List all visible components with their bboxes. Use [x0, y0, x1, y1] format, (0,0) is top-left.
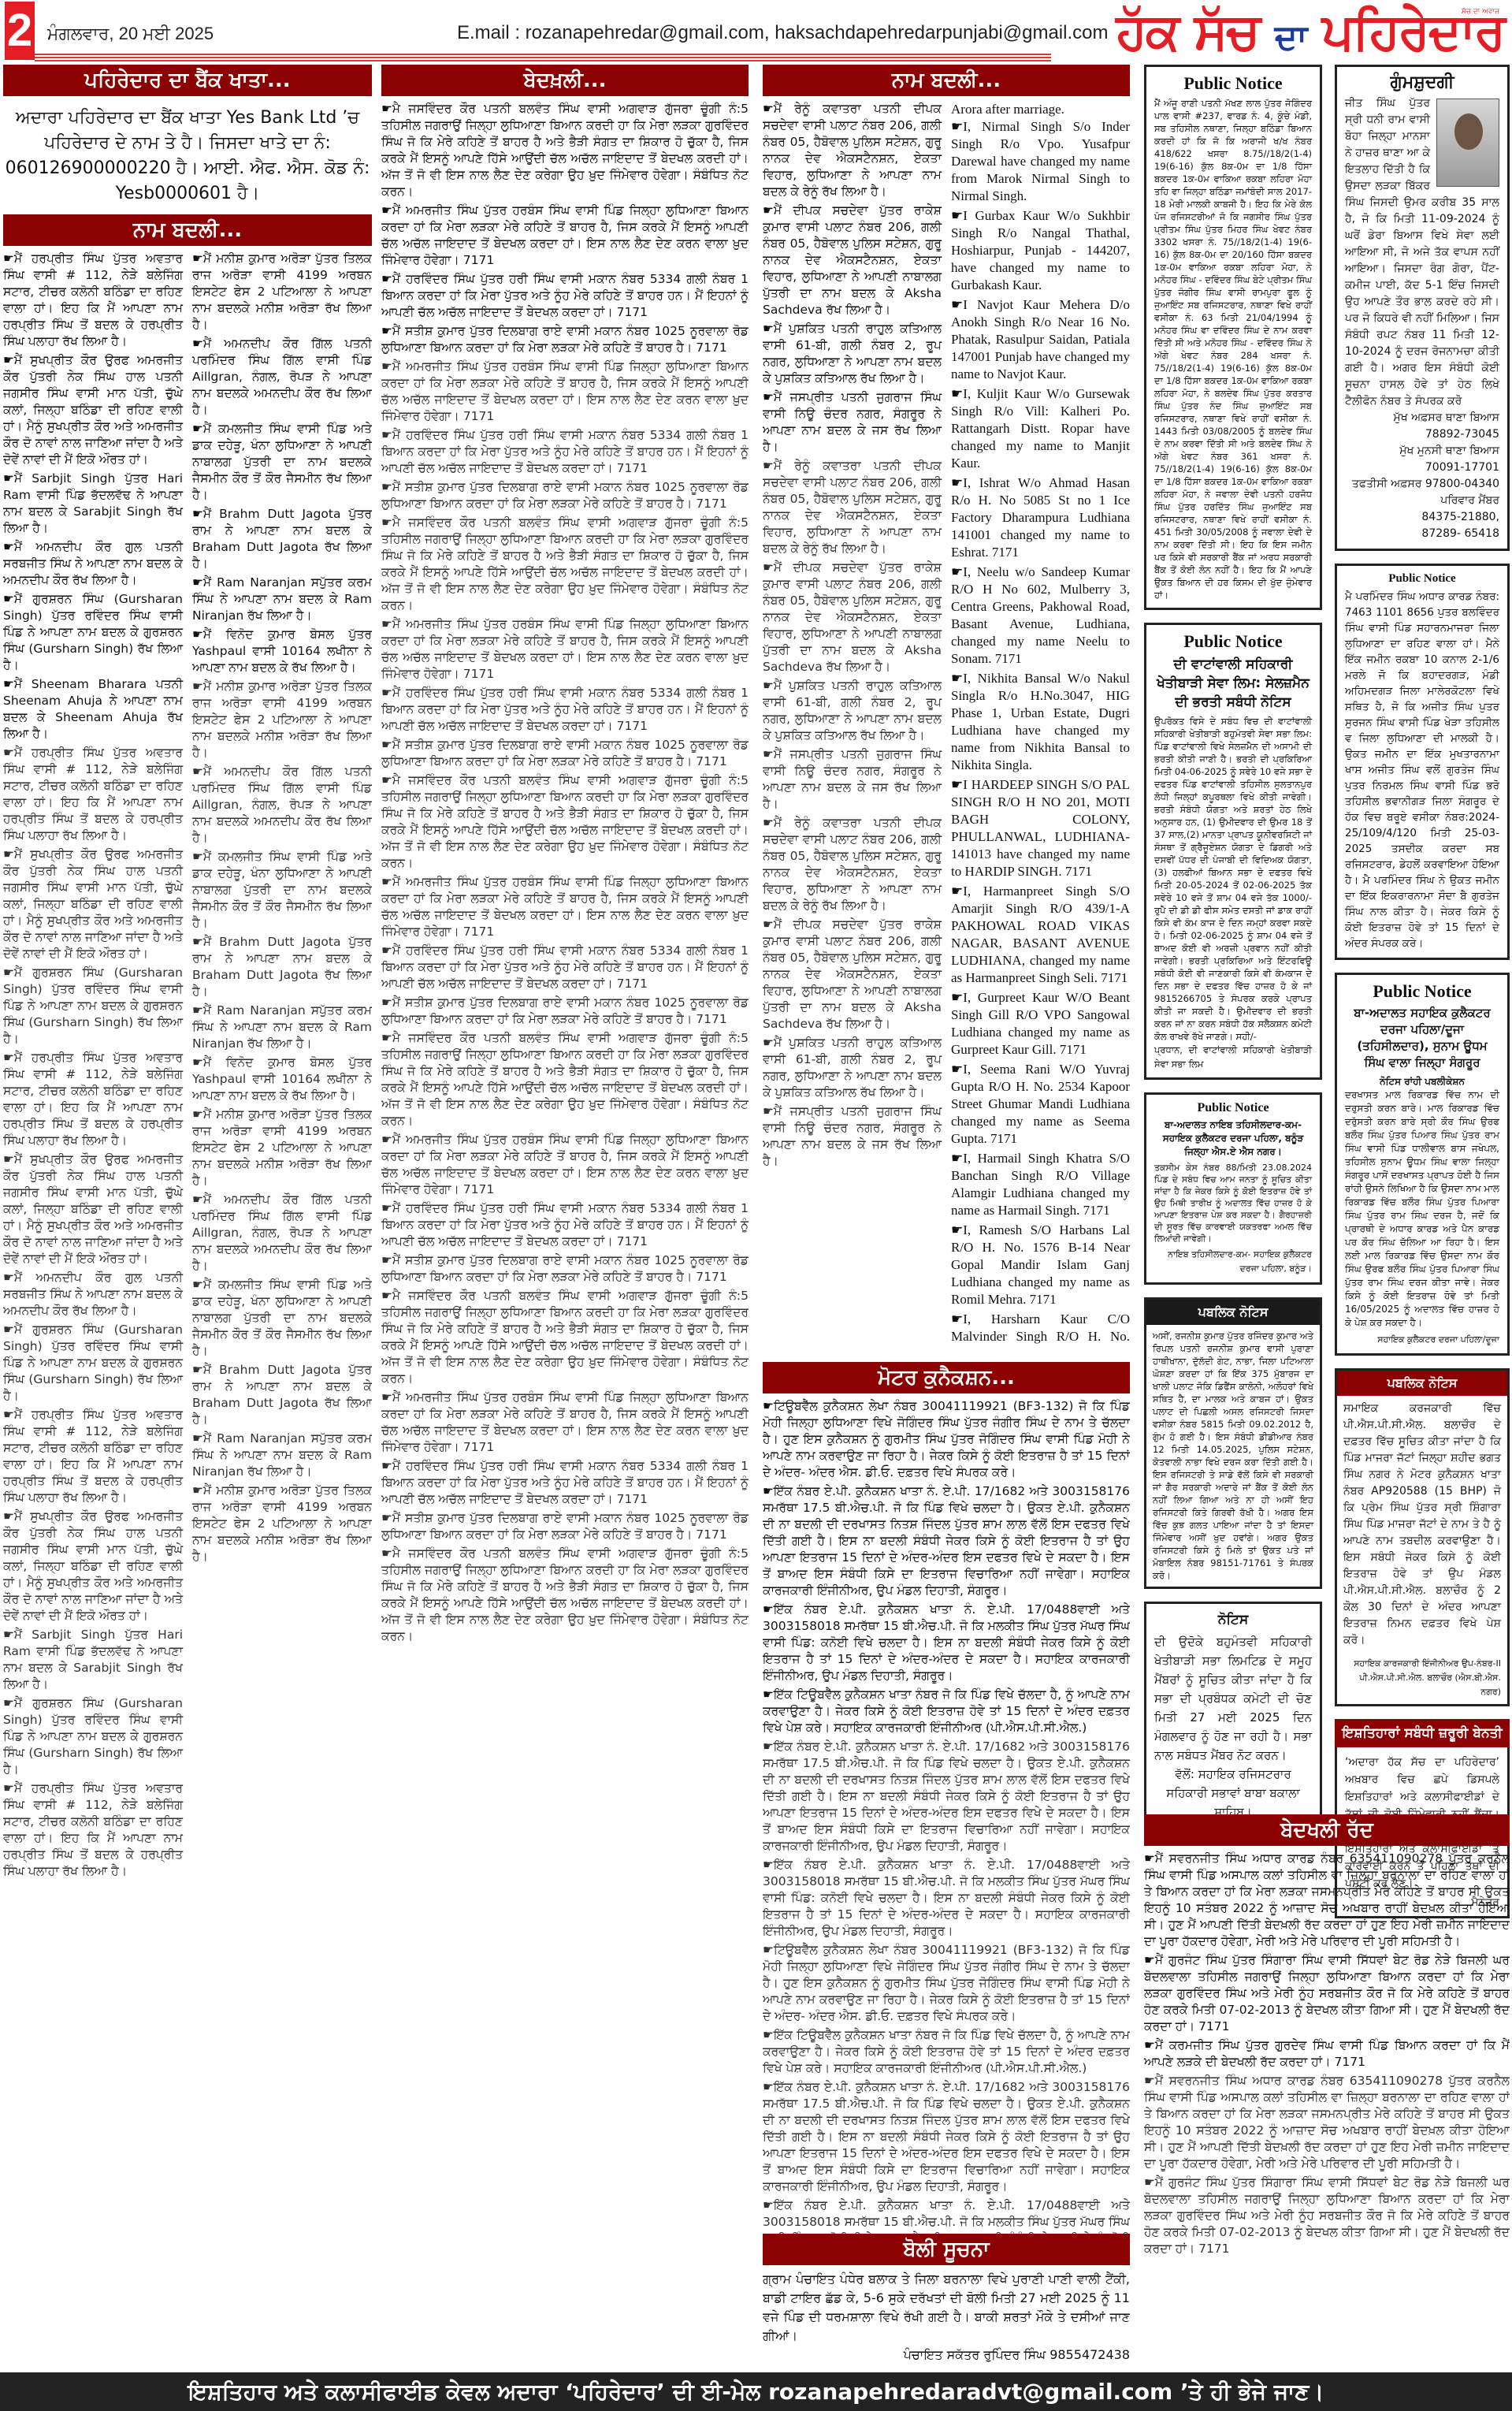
header-email: E.mail : rozanapehredar@gmail.com, haksa… [457, 22, 1108, 44]
list-item: ਮੈਂ ਸਤੀਸ਼ ਕੁਮਾਰ ਪੁੱਤਰ ਦਿਲਬਾਗ ਰਾਏ ਵਾਸੀ ਮਕ… [381, 995, 749, 1028]
list-item: ਮੈ ਜਸਵਿੰਦਰ ਕੌਰ ਪਤਨੀ ਬਲਵੰਤ ਸਿੰਘ ਵਾਸੀ ਅਗਵਾ… [381, 515, 749, 614]
notice-signature: ਵੱਲੋਂ: ਸਹਾਇਕ ਰਜਿਸਟਰਾਰ ਸਹਿਕਾਰੀ ਸਭਾਵਾਂ ਬਾਬ… [1154, 1765, 1312, 1821]
list-item: ਮੈਂ ਹਰਵਿੰਦਰ ਸਿੰਘ ਪੁੱਤਰ ਹਰੀ ਸਿੰਘ ਵਾਸੀ ਮਕਾ… [381, 685, 749, 735]
list-item: ਮੈਂ ਹਰਵਿੰਦਰ ਸਿੰਘ ਪੁੱਤਰ ਹਰੀ ਸਿੰਘ ਵਾਸੀ ਮਕਾ… [381, 943, 749, 992]
missing-person-photo [1436, 99, 1499, 187]
list-item: ਮੈਂ ਗੁਰਸ਼ਰਨ ਸਿੰਘ (Gursharan Singh) ਪੁੱਤਰ… [3, 965, 183, 1047]
auction-signature-1: ਪੰਚਾਇਤ ਸਕੱਤਰ ਰੁਪਿੰਦਰ ਸਿੰਘ 9855472438 [763, 2346, 1130, 2364]
list-item: ਮੈਂ ਹਰਪ੍ਰੀਤ ਸਿੰਘ ਪੁੱਤਰ ਅਵਤਾਰ ਸਿੰਘ ਵਾਸੀ #… [3, 1407, 183, 1506]
list-item: ਮੈਂ ਕਮਲਜੀਤ ਸਿੰਘ ਵਾਸੀ ਪਿੰਡ ਅਤੇ ਡਾਕ ਦਹੇੜੂ,… [192, 421, 372, 504]
list-item: ਮੈਂ ਸਵਰਨਜੀਤ ਸਿੰਘ ਅਧਾਰ ਕਾਰਡ ਨੰਬਰ 63541109… [1144, 1851, 1510, 1950]
list-item: ਮੈਂ ਅਮਨਦੀਪ ਕੌਰ ਗਿੱਲ ਪਤਨੀ ਪਰਮਿੰਦਰ ਸਿੰਘ ਗਿ… [192, 764, 372, 846]
notice-election: ਨੋਟਿਸ ਦੀ ਉਦੋਕੇ ਬਹੁਮੰਤਵੀ ਸਹਿਕਾਰੀ ਖੇਤੀਬਾੜੀ… [1144, 1602, 1322, 1830]
list-item: I, Kuljit Kaur W/o Gursewak Singh R/o Vi… [951, 385, 1130, 472]
list-item: ਮੈਂ ਸੁਖਪ੍ਰੀਤ ਕੌਰ ਉਰਫ ਅਮਰਜੀਤ ਕੌਰ ਪੁੱਤਰੀ ਨ… [3, 352, 183, 468]
notice-subtitle: ਬਾ-ਅਦਾਲਤ ਨਾਇਬ ਤਹਿਸੀਲਦਾਰ-ਕਮ-ਸਹਾਇਕ ਕੁਲੈਕਟਰ… [1154, 1118, 1312, 1159]
list-item: ਮੈਂ ਮਨੀਸ਼ ਕੁਮਾਰ ਅਰੋੜਾ ਪੁੱਤਰ ਤਿਲਕ ਰਾਜ ਅਰੋ… [192, 251, 372, 333]
contact-list: ਮੁੱਖ ਅਫ਼ਸਰ ਥਾਣਾ ਬਿਆਸ 78892-73045 ਮੁੱਖ ਮੁ… [1345, 410, 1499, 542]
list-item: ਮੈਂ ਹਰਵਿੰਦਰ ਸਿੰਘ ਪੁੱਤਰ ਹਰੀ ਸਿੰਘ ਵਾਸੀ ਮਕਾ… [381, 1458, 749, 1508]
list-item: ਇੱਕ ਟਿਊਬਵੈੱਲ ਕੁਨੈਕਸ਼ਨ ਖਾਤਾ ਨੰਬਰ ਜੋ ਕਿ ਪਿ… [763, 2027, 1130, 2077]
list-item: I, Ishrat W/o Ahmad Hasan R/o H. No 5085… [951, 474, 1130, 561]
name-change-list-2: ਮੈਂ ਰੇਨੂੰ ਕਵਾਤਰਾ ਪਤਨੀ ਦੀਪਕ ਸਚਦੇਵਾ ਵਾਸੀ ਪ… [763, 101, 1130, 1346]
list-item: I, Seema Rani W/O Yuvraj Gupta R/O H. No… [951, 1061, 1130, 1148]
notice-text: ਤਕਸੀਮ ਕੇਸ ਨੰਬਰ 88/ਮਿਤੀ 23.08.2024 ਪਿੰਡ ਦ… [1154, 1162, 1312, 1245]
list-item: ਮੈ ਜਸਵਿੰਦਰ ਕੌਰ ਪਤਨੀ ਬਲਵੰਤ ਸਿੰਘ ਵਾਸੀ ਅਗਵਾ… [381, 1546, 749, 1645]
list-item: ਮੈਂ ਸਤੀਸ਼ ਕੁਮਾਰ ਪੁੱਤਰ ਦਿਲਬਾਗ ਰਾਏ ਵਾਸੀ ਮਕ… [381, 1510, 749, 1543]
notice-subtitle: ਦੀ ਵਾਟਾਂਵਾਲੀ ਸਹਿਕਾਰੀ ਖੇਤੀਬਾੜੀ ਸੇਵਾ ਲਿਮ: … [1154, 655, 1312, 712]
contact-phone: 84375-21880, [1345, 509, 1499, 526]
list-item: ਟਿਊਬਵੈੱਲ ਕੁਨੈਕਸ਼ਨ ਲੇਖਾ ਨੰਬਰ 30041119921 … [763, 1398, 1130, 1481]
public-notice-4: Public Notice ਮੈ ਪਰਮਿੰਦਰ ਸਿੰਘ ਅਧਾਰ ਕਾਰਡ … [1335, 564, 1510, 960]
list-item: ਮੈਂ ਗੁਰਜੰਟ ਸਿੰਘ ਪੁੱਤਰ ਸਿੰਗਾਰਾ ਸਿੰਘ ਵਾਸੀ … [1144, 1952, 1510, 2035]
list-item: I, Gurpreet Kaur W/O Beant Singh Gill R/… [951, 989, 1130, 1059]
list-item: ਮੈਂ ਹਰਪ੍ਰੀਤ ਸਿੰਘ ਪੁੱਤਰ ਅਵਤਾਰ ਸਿੰਘ ਵਾਸੀ #… [3, 251, 183, 350]
list-item: ਟਿਊਬਵੈੱਲ ਕੁਨੈਕਸ਼ਨ ਲੇਖਾ ਨੰਬਰ 30041119921 … [763, 1942, 1130, 2025]
list-item: ਮੈਂ ਹਰਵਿੰਦਰ ਸਿੰਘ ਪੁੱਤਰ ਹਰੀ ਸਿੰਘ ਵਾਸੀ ਮਕਾ… [381, 1200, 749, 1250]
list-item: ਮੈਂ ਅਮਨਦੀਪ ਕੌਰ ਗਿੱਲ ਪਤਨੀ ਪਰਮਿੰਦਰ ਸਿੰਘ ਗਿ… [192, 1192, 372, 1274]
list-item: I, Ramesh S/O Harbans Lal R/O H. No. 157… [951, 1222, 1130, 1308]
public-notice-1: Public Notice ਮੈਂ ਅੰਜੂ ਰਾਣੀ ਪਤਨੀ ਮੱਖਣ ਲਾ… [1144, 65, 1322, 610]
list-item: ਮੈਂ Sarbjit Singh ਪੁੱਤਰ Hari Ram ਵਾਸੀ ਪਿ… [3, 1627, 183, 1693]
notice-text: ਦੀ ਉਦੋਕੇ ਬਹੁਮੰਤਵੀ ਸਹਿਕਾਰੀ ਖੇਤੀਬਾੜੀ ਸਭਾ ਲ… [1154, 1632, 1312, 1765]
contact-line: ਪਰਿਵਾਰ ਮੈਂਬਰ [1345, 493, 1499, 509]
list-item: I, Nirmal Singh S/o Inder Singh R/o Vpo.… [951, 118, 1130, 205]
eviction-banner: ਬੇਦਖ਼ਲੀ... [381, 65, 749, 96]
contact-phone: 87289- 65418 [1345, 526, 1499, 542]
notice-subtitle: ਬਾ-ਅਦਾਲਤ ਸਹਾਇਕ ਕੁਲੈਕਟਰ ਦਰਜਾ ਪਹਿਲਾ/ਦੂਜਾ (… [1345, 1005, 1499, 1071]
name-change-list: ਮੈਂ ਹਰਪ੍ਰੀਤ ਸਿੰਘ ਪੁੱਤਰ ਅਵਤਾਰ ਸਿੰਘ ਵਾਸੀ #… [3, 251, 372, 1882]
list-item: ਮੈਂ Sheenam Bharara ਪਤਨੀ Sheenam Ahuja ਨ… [3, 676, 183, 742]
list-item: ਇੱਕ ਨੰਬਰ ਏ.ਪੀ. ਕੁਨੈਕਸ਼ਨ ਖਾਤਾ ਨੰ. ਏ.ਪੀ. 1… [763, 1483, 1130, 1599]
list-item: I, Nikhita Bansal W/o Nakul Singla R/o H… [951, 670, 1130, 774]
list-item: I, Harmanpreet Singh S/O Amarjit Singh R… [951, 883, 1130, 987]
name-change-banner: ਨਾਮ ਬਦਲੀ... [3, 214, 372, 246]
footer-ad-email-banner: ਇਸ਼ਤਿਹਾਰ ਅਤੇ ਕਲਾਸੀਫਾਈਡ ਕੇਵਲ ਅਦਾਰਾ ‘ਪਹਿਰੇ… [0, 2372, 1512, 2411]
list-item: ਮੈਂ ਸਤੀਸ਼ ਕੁਮਾਰ ਪੁੱਤਰ ਦਿਲਬਾਗ ਰਾਏ ਵਾਸੀ ਮਕ… [381, 323, 749, 356]
list-item: ਮੈਂ Ram Naranjan ਸਪੁੱਤਰ ਕਰਮ ਸਿੰਘ ਨੇ ਆਪਣਾ… [192, 1003, 372, 1052]
notice-title: ਨੋਟਿਸ [1154, 1610, 1312, 1629]
notice-title: Public Notice [1154, 73, 1312, 94]
public-notice-motor: ਪਬਲਿਕ ਨੋਟਿਸ ਸਮਾਇਕ ਕਰਜਕਾਰੀ ਵਿੱਚ ਪੀ.ਐਸ.ਪੀ.… [1335, 1368, 1510, 1706]
motor-list: ਟਿਊਬਵੈੱਲ ਕੁਨੈਕਸ਼ਨ ਲੇਖਾ ਨੰਬਰ 30041119921 … [763, 1398, 1130, 2234]
bank-banner: ਪਹਿਰੇਦਾਰ ਦਾ ਬੈਂਕ ਖਾਤਾ... [3, 65, 372, 96]
list-item: ਮੈਂ Ram Naranjan ਸਪੁੱਤਰ ਕਰਮ ਸਿੰਘ ਨੇ ਆਪਣਾ… [192, 1431, 372, 1480]
list-item: ਮੈਂ ਜਸਪ੍ਰੀਤ ਪਤਨੀ ਜੁਗਰਾਜ ਸਿੰਘ ਵਾਸੀ ਨਿਊ ਚੰ… [763, 389, 942, 456]
list-item: ਮੈਂ ਗੁਰਜੰਟ ਸਿੰਘ ਪੁੱਤਰ ਸਿੰਗਾਰਾ ਸਿੰਘ ਵਾਸੀ … [1144, 2175, 1510, 2257]
list-item: ਮੈਂ ਅਮਰਜੀਤ ਸਿੰਘ ਪੁੱਤਰ ਹਰਬੰਸ ਸਿੰਘ ਵਾਸੀ ਪਿ… [381, 874, 749, 940]
list-item: ਮੈਂ ਗੁਰਸ਼ਰਨ ਸਿੰਘ (Gursharan Singh) ਪੁੱਤਰ… [3, 1322, 183, 1405]
list-item: ਮੈਂ ਅਮਨਦੀਪ ਕੌਰ ਗੁਲ ਪਤਨੀ ਸਰਬਜੀਤ ਸਿੰਘ ਨੇ ਆ… [3, 1270, 183, 1319]
contact-line: ਮੁੱਖ ਮੁਨਸੀ ਥਾਣਾ ਬਿਆਸ [1345, 443, 1499, 460]
column-1: ਪਹਿਰੇਦਾਰ ਦਾ ਬੈਂਕ ਖਾਤਾ... ਅਦਾਰਾ ਪਹਿਰੇਦਾਰ … [3, 65, 372, 2366]
list-item: ਮੈਂ ਅਮਰਜੀਤ ਸਿੰਘ ਪੁੱਤਰ ਹਰਬੰਸ ਸਿੰਘ ਵਾਸੀ ਪਿ… [381, 616, 749, 683]
list-item: ਮੈ ਜਸਵਿੰਦਰ ਕੌਰ ਪਤਨੀ ਬਲਵੰਤ ਸਿੰਘ ਵਾਸੀ ਅਗਵਾ… [381, 1030, 749, 1129]
public-notice-5: Public Notice ਬਾ-ਅਦਾਲਤ ਸਹਾਇਕ ਕੁਲੈਕਟਰ ਦਰਜ… [1335, 973, 1510, 1356]
list-item: ਮੈਂ ਮਨੀਸ਼ ਕੁਮਾਰ ਅਰੋੜਾ ਪੁੱਤਰ ਤਿਲਕ ਰਾਜ ਅਰੋ… [192, 679, 372, 761]
contact-phone: 70091-17701 [1345, 460, 1499, 476]
list-item: ਮੈਂ ਗੁਰਸ਼ਰਨ ਸਿੰਘ (Gursharan Singh) ਪੁੱਤਰ… [3, 591, 183, 674]
masthead-tagline: ਸੱਚ ਦਾ ਅਵਾਜ਼ [1462, 8, 1499, 16]
masthead-left: ਹੱਕ ਸੱਚ [1116, 3, 1259, 61]
notice-title: ਪਬਲਿਕ ਨੋਟਿਸ [1337, 1371, 1507, 1396]
public-notice-3: Public Notice ਬਾ-ਅਦਾਲਤ ਨਾਇਬ ਤਹਿਸੀਲਦਾਰ-ਕਮ… [1144, 1092, 1322, 1285]
eviction-cancel-banner: ਬੇਦਖਲੀ ਰੱਦ [1144, 1814, 1510, 1846]
list-item: ਮੈਂ ਪੁਸ਼ਕਿਤ ਪਤਨੀ ਰਾਹੁਲ ਕਤਿਆਲ ਵਾਸੀ 61-ਬੀ,… [763, 678, 942, 744]
notice-signature: ਪ੍ਰਧਾਨ, ਦੀ ਵਾਟਾਂਵਾਲੀ ਸਹਿਕਾਰੀ ਖੇਤੀਬਾੜੀ ਸੇ… [1154, 1043, 1312, 1071]
page-header: 2 ਮੰਗਲਵਾਰ, 20 ਮਈ 2025 E.mail : rozanapeh… [0, 0, 1512, 61]
list-item: ਮੈਂ ਸੁਖਪ੍ਰੀਤ ਕੌਰ ਉਰਫ ਅਮਰਜੀਤ ਕੌਰ ਪੁੱਤਰੀ ਨ… [3, 846, 183, 962]
notice-signature: ਸਹਾਇਕ ਕਾਰਜਕਾਰੀ ਇੰਜੀਨੀਅਰ ਉਪ-ਨੰਬਰ-II ਪੀ.ਐਸ… [1337, 1657, 1507, 1704]
auction-banner: ਬੋਲੀ ਸੂਚਨਾ [763, 2234, 1130, 2265]
list-item: ਇੱਕ ਨੰਬਰ ਏ.ਪੀ. ਕੁਨੈਕਸ਼ਨ ਖਾਤਾ ਨੰ. ਏ.ਪੀ. 1… [763, 2079, 1130, 2195]
notice-text: ਦਰਖਾਸਤ ਮਾਲ ਰਿਕਾਰਡ ਵਿੱਚ ਨਾਮ ਦੀ ਦਰੁਸਤੀ ਕਰਨ… [1345, 1088, 1499, 1330]
list-item: ਮੈਂ Brahm Dutt Jagota ਪੁੱਤਰ ਰਾਮ ਨੇ ਆਪਣਾ … [192, 934, 372, 1000]
list-item: ਮੈਂ ਕਮਲਜੀਤ ਸਿੰਘ ਵਾਸੀ ਪਿੰਡ ਅਤੇ ਡਾਕ ਦਹੇੜੂ,… [192, 849, 372, 932]
list-item: ਮੈਂ ਰੇਨੂੰ ਕਵਾਤਰਾ ਪਤਨੀ ਦੀਪਕ ਸਚਦੇਵਾ ਵਾਸੀ ਪ… [763, 458, 942, 557]
list-item: ਇੱਕ ਟਿਊਬਵੈੱਲ ਕੁਨੈਕਸ਼ਨ ਖਾਤਾ ਨੰਬਰ ਜੋ ਕਿ ਪਿ… [763, 1687, 1130, 1736]
notice-text: ਮੈ ਪਰਮਿੰਦਰ ਸਿੰਘ ਅਧਾਰ ਕਾਰਡ ਨੰਬਰ: 7463 110… [1345, 589, 1499, 951]
list-item: ਮੈਂ ਹਰਵਿੰਦਰ ਸਿੰਘ ਪੁੱਤਰ ਹਰੀ ਸਿੰਘ ਵਾਸੀ ਮਕਾ… [381, 271, 749, 321]
list-item: ਮੈਂ Brahm Dutt Jagota ਪੁੱਤਰ ਰਾਮ ਨੇ ਆਪਣਾ … [192, 1362, 372, 1428]
request-banner: ਇਸ਼ਤਿਹਾਰਾਂ ਸਬੰਧੀ ਜ਼ਰੂਰੀ ਬੇਨਤੀ [1335, 1719, 1510, 1747]
masthead-da: ਦਾ [1275, 17, 1306, 58]
column-3: ਨਾਮ ਬਦਲੀ... ਮੈਂ ਰੇਨੂੰ ਕਵਾਤਰਾ ਪਤਨੀ ਦੀਪਕ ਸ… [763, 65, 1130, 2366]
list-item: I, Harsharn Kaur C/O Malvinder Singh R/O… [951, 1311, 1130, 1346]
list-item: ਮੈਂ Sarbjit Singh ਪੁੱਤਰ Hari Ram ਵਾਸੀ ਪਿ… [3, 471, 183, 537]
notice-text: ਉਪਰੋਕਤ ਵਿਸੇ ਦੇ ਸਬੰਧ ਵਿਚ ਦੀ ਵਾਟਾਂਵਾਲੀ ਸਹਿ… [1154, 715, 1312, 1043]
list-item: ਮੈਂ ਅਮਨਦੀਪ ਕੌਰ ਗੁਲ ਪਤਨੀ ਸਰਬਜੀਤ ਸਿੰਘ ਨੇ ਆ… [3, 539, 183, 589]
list-item: ਮੈਂ ਅਮਰਜੀਤ ਸਿੰਘ ਪੁੱਤਰ ਹਰਬੰਸ ਸਿੰਘ ਵਾਸੀ ਪਿ… [381, 203, 749, 269]
notice-signature: ਨਾਇਬ ਤਹਿਸੀਲਦਾਰ-ਕਮ- ਸਹਾਇਕ ਕੁਲੈਕਟਰ ਦਰਜਾ ਪਹ… [1154, 1248, 1312, 1276]
list-item: ਮੈਂ ਕਰਮਜੀਤ ਸਿੰਘ ਪੁੱਤਰ ਗੁਰਦੇਵ ਸਿੰਘ ਵਾਸੀ ਪ… [1144, 2037, 1510, 2071]
notice-signature: ਸਹਾਇਕ ਕੁਲੈਕਟਰ ਦਰਜਾ ਪਹਿਲਾ/ਦੂਜਾ [1345, 1333, 1499, 1347]
contact-line: ਮੁੱਖ ਅਫ਼ਸਰ ਥਾਣਾ ਬਿਆਸ [1345, 410, 1499, 426]
notice-subhead: ਨੋਟਿਸ ਰਾਂਹੀ ਪਬਲੀਕੇਸ਼ਨ [1345, 1074, 1499, 1088]
list-item: ਮੈਂ ਅਮਰਜੀਤ ਸਿੰਘ ਪੁੱਤਰ ਹਰਬੰਸ ਸਿੰਘ ਵਾਸੀ ਪਿ… [381, 1390, 749, 1456]
list-item: ਇੱਕ ਨੰਬਰ ਏ.ਪੀ. ਕੁਨੈਕਸ਼ਨ ਖਾਤਾ ਨੰ. ਏ.ਪੀ. 1… [763, 1602, 1130, 1684]
notice-title: Public Notice [1345, 572, 1499, 586]
notice-text: ਅਸੀਂ, ਰਜਨੀਸ਼ ਕੁਮਾਰ ਪੁੱਤਰ ਰਜਿੰਦਰ ਕੁਮਾਰ ਅਤ… [1146, 1325, 1320, 1587]
list-item: I Navjot Kaur Mehera D/o Anokh Singh R/o… [951, 296, 1130, 383]
list-item: ਮੈਂ ਪੁਸ਼ਕਿਤ ਪਤਨੀ ਰਾਹੁਲ ਕਤਿਆਲ ਵਾਸੀ 61-ਬੀ,… [763, 321, 942, 387]
list-item: ਮੈ ਜਸਵਿੰਦਰ ਕੌਰ ਪਤਨੀ ਬਲਵੰਤ ਸਿੰਘ ਵਾਸੀ ਅਗਵਾ… [381, 1288, 749, 1387]
list-item: ਮੈਂ ਦੀਪਕ ਸਚਦੇਵਾ ਪੁੱਤਰ ਰਾਕੇਸ਼ ਕੁਮਾਰ ਵਾਸੀ … [763, 203, 942, 318]
notice-text: ਮੈਂ ਅੰਜੂ ਰਾਣੀ ਪਤਨੀ ਮੱਖਣ ਲਾਲ ਪੁੱਤਰ ਜੋਗਿੰਦ… [1154, 97, 1312, 601]
column-2: ਬੇਦਖ਼ਲੀ... ਮੈ ਜਸਵਿੰਦਰ ਕੌਰ ਪਤਨੀ ਬਲਵੰਤ ਸਿੰ… [381, 65, 749, 2366]
list-item: ਮੈਂ ਦੀਪਕ ਸਚਦੇਵਾ ਪੁੱਤਰ ਰਾਕੇਸ਼ ਕੁਮਾਰ ਵਾਸੀ … [763, 560, 942, 675]
list-item: I HARDEEP SINGH S/O PAL SINGH R/O H NO 2… [951, 776, 1130, 880]
list-item: ਮੈਂ ਹਰਪ੍ਰੀਤ ਸਿੰਘ ਪੁੱਤਰ ਅਵਤਾਰ ਸਿੰਘ ਵਾਸੀ #… [3, 1050, 183, 1149]
list-item: ਮੈਂ ਜਸਪ੍ਰੀਤ ਪਤਨੀ ਜੁਗਰਾਜ ਸਿੰਘ ਵਾਸੀ ਨਿਊ ਚੰ… [763, 1103, 942, 1170]
notice-title: Public Notice [1154, 1101, 1312, 1115]
list-item: ਮੈਂ ਰੇਨੂੰ ਕਵਾਤਰਾ ਪਤਨੀ ਦੀਪਕ ਸਚਦੇਵਾ ਵਾਸੀ ਪ… [763, 815, 942, 914]
list-item: ਮੈਂ ਜਸਪ੍ਰੀਤ ਪਤਨੀ ਜੁਗਰਾਜ ਸਿੰਘ ਵਾਸੀ ਨਿਊ ਚੰ… [763, 746, 942, 813]
notice-title: ਪਬਲਿਕ ਨੋਟਿਸ [1146, 1300, 1320, 1325]
notice-title: Public Notice [1345, 981, 1499, 1002]
list-item: Arora after marriage. [951, 101, 1130, 118]
list-item: ਮੈਂ ਸੁਖਪ੍ਰੀਤ ਕੌਰ ਉਰਫ ਅਮਰਜੀਤ ਕੌਰ ਪੁੱਤਰੀ ਨ… [3, 1152, 183, 1267]
list-item: ਮੈਂ ਸਵਰਨਜੀਤ ਸਿੰਘ ਅਧਾਰ ਕਾਰਡ ਨੰਬਰ 63541109… [1144, 2073, 1510, 2172]
list-item: ਮੈਂ ਹਰਪ੍ਰੀਤ ਸਿੰਘ ਪੁੱਤਰ ਅਵਤਾਰ ਸਿੰਘ ਵਾਸੀ #… [3, 745, 183, 844]
list-item: ਮੈ ਜਸਵਿੰਦਰ ਕੌਰ ਪਤਨੀ ਬਲਵੰਤ ਸਿੰਘ ਵਾਸੀ ਅਗਵਾ… [381, 101, 749, 200]
notice-text: ਸਮਾਇਕ ਕਰਜਕਾਰੀ ਵਿੱਚ ਪੀ.ਐਸ.ਪੀ.ਸੀ.ਐਲ. ਬਲਾਚੌ… [1337, 1396, 1507, 1654]
list-item: ਮੈਂ ਵਿਨੋਦ ਕੁਮਾਰ ਬੋਸਲ ਪੁੱਤਰ Yashpaul ਵਾਸੀ… [192, 627, 372, 676]
list-item: ਮੈਂ ਮਨੀਸ਼ ਕੁਮਾਰ ਅਰੋੜਾ ਪੁੱਤਰ ਤਿਲਕ ਰਾਜ ਅਰੋ… [192, 1483, 372, 1565]
list-item: ਮੈਂ ਅਮਨਦੀਪ ਕੌਰ ਗਿੱਲ ਪਤਨੀ ਪਰਮਿੰਦਰ ਸਿੰਘ ਗਿ… [192, 336, 372, 419]
bank-account-text: ਅਦਾਰਾ ਪਹਿਰੇਦਾਰ ਦਾ ਬੈਂਕ ਖਾਤਾ Yes Bank Ltd… [3, 101, 372, 214]
list-item: I, Neelu w/o Sandeep Kumar R/O H No 602,… [951, 564, 1130, 668]
list-item: ਮੈਂ ਸਤੀਸ਼ ਕੁਮਾਰ ਪੁੱਤਰ ਦਿਲਬਾਗ ਰਾਏ ਵਾਸੀ ਮਕ… [381, 479, 749, 512]
list-item: ਇੱਕ ਨੰਬਰ ਏ.ਪੀ. ਕੁਨੈਕਸ਼ਨ ਖਾਤਾ ਨੰ. ਏ.ਪੀ. 1… [763, 2197, 1130, 2234]
list-item: ਇੱਕ ਨੰਬਰ ਏ.ਪੀ. ਕੁਨੈਕਸ਼ਨ ਖਾਤਾ ਨੰ. ਏ.ਪੀ. 1… [763, 1857, 1130, 1940]
public-notice-punjabi: ਪਬਲਿਕ ਨੋਟਿਸ ਅਸੀਂ, ਰਜਨੀਸ਼ ਕੁਮਾਰ ਪੁੱਤਰ ਰਜਿ… [1144, 1297, 1322, 1589]
notice-title: ਗੁੰਮਸ਼ੁਦਗੀ [1345, 73, 1499, 92]
list-item: ਮੈਂ ਪੁਸ਼ਕਿਤ ਪਤਨੀ ਰਾਹੁਲ ਕਤਿਆਲ ਵਾਸੀ 61-ਬੀ,… [763, 1035, 942, 1101]
list-item: ਮੈਂ Brahm Dutt Jagota ਪੁੱਤਰ ਰਾਮ ਨੇ ਆਪਣਾ … [192, 506, 372, 572]
list-item: ਮੈਂ ਸਤੀਸ਼ ਕੁਮਾਰ ਪੁੱਤਰ ਦਿਲਬਾਗ ਰਾਏ ਵਾਸੀ ਮਕ… [381, 737, 749, 770]
list-item: ਮੈਂ ਕਮਲਜੀਤ ਸਿੰਘ ਵਾਸੀ ਪਿੰਡ ਅਤੇ ਡਾਕ ਦਹੇੜੂ,… [192, 1277, 372, 1360]
list-item: ਮੈ ਜਸਵਿੰਦਰ ਕੌਰ ਪਤਨੀ ਬਲਵੰਤ ਸਿੰਘ ਵਾਸੀ ਅਗਵਾ… [381, 772, 749, 872]
name-change-banner-2: ਨਾਮ ਬਦਲੀ... [763, 65, 1130, 96]
list-item: ਇੱਕ ਨੰਬਰ ਏ.ਪੀ. ਕੁਨੈਕਸ਼ਨ ਖਾਤਾ ਨੰ. ਏ.ਪੀ. 1… [763, 1739, 1130, 1855]
header-rule-lines [35, 54, 1051, 65]
eviction-cancel-section: ਬੇਦਖਲੀ ਰੱਦ ਮੈਂ ਸਵਰਨਜੀਤ ਸਿੰਘ ਅਧਾਰ ਕਾਰਡ ਨੰ… [1144, 1814, 1510, 2366]
page-number: 2 [5, 2, 35, 60]
list-item: ਮੈਂ ਸੁਖਪ੍ਰੀਤ ਕੌਰ ਉਰਫ ਅਮਰਜੀਤ ਕੌਰ ਪੁੱਤਰੀ ਨ… [3, 1509, 183, 1624]
list-item: ਮੈਂ ਗੁਰਸ਼ਰਨ ਸਿੰਘ (Gursharan Singh) ਪੁੱਤਰ… [3, 1695, 183, 1778]
issue-date: ਮੰਗਲਵਾਰ, 20 ਮਈ 2025 [47, 24, 214, 44]
list-item: ਮੈਂ ਅਮਰਜੀਤ ਸਿੰਘ ਪੁੱਤਰ ਹਰਬੰਸ ਸਿੰਘ ਵਾਸੀ ਪਿ… [381, 1132, 749, 1198]
public-notice-2: Public Notice ਦੀ ਵਾਟਾਂਵਾਲੀ ਸਹਿਕਾਰੀ ਖੇਤੀਬ… [1144, 623, 1322, 1080]
contact-line: ਤਫਤੀਸੀ ਅਫ਼ਸਰ 97800-04340 [1345, 476, 1499, 493]
list-item: ਮੈਂ ਦੀਪਕ ਸਚਦੇਵਾ ਪੁੱਤਰ ਰਾਕੇਸ਼ ਕੁਮਾਰ ਵਾਸੀ … [763, 917, 942, 1032]
list-item: I, Harmail Singh Khatra S/O Banchan Sing… [951, 1150, 1130, 1219]
list-item: ਮੈਂ ਰੇਨੂੰ ਕਵਾਤਰਾ ਪਤਨੀ ਦੀਪਕ ਸਚਦੇਵਾ ਵਾਸੀ ਪ… [763, 101, 942, 200]
list-item: ਮੈਂ ਸਤੀਸ਼ ਕੁਮਾਰ ਪੁੱਤਰ ਦਿਲਬਾਗ ਰਾਏ ਵਾਸੀ ਮਕ… [381, 1252, 749, 1285]
list-item: ਮੈਂ ਹਰਵਿੰਦਰ ਸਿੰਘ ਪੁੱਤਰ ਹਰੀ ਸਿੰਘ ਵਾਸੀ ਮਕਾ… [381, 427, 749, 477]
notice-title: Public Notice [1154, 631, 1312, 652]
auction-signature-2: ਸਰਪੰਚ ਨਿਰਮਲ ਸਿੰਘ 98152-36472. [763, 2364, 1130, 2366]
masthead-logo: ਹੱਕ ਸੱਚ ਦਾ ਪਹਿਰੇਦਾਰ ਸੱਚ ਦਾ ਅਵਾਜ਼ [1116, 3, 1505, 58]
list-item: ਮੈਂ ਅਮਰਜੀਤ ਸਿੰਘ ਪੁੱਤਰ ਹਰਬੰਸ ਸਿੰਘ ਵਾਸੀ ਪਿ… [381, 359, 749, 425]
list-item: I Gurbax Kaur W/o Sukhbir Singh R/o Nang… [951, 207, 1130, 294]
list-item: ਮੈਂ Ram Naranjan ਸਪੁੱਤਰ ਕਰਮ ਸਿੰਘ ਨੇ ਆਪਣਾ… [192, 575, 372, 624]
list-item: ਮੈਂ ਹਰਪ੍ਰੀਤ ਸਿੰਘ ਪੁੱਤਰ ਅਵਤਾਰ ਸਿੰਘ ਵਾਸੀ #… [3, 1780, 183, 1880]
motor-banner: ਮੋਟਰ ਕੁਨੈਕਸ਼ਨ... [763, 1362, 1130, 1393]
auction-text: ਗ੍ਰਾਮ ਪੰਚਾਇਤ ਪੰਧੇਰ ਬਲਾਕ ਤੇ ਜਿਲਾ ਬਰਨਾਲਾ ਵ… [763, 2270, 1130, 2346]
missing-person-notice: ਗੁੰਮਸ਼ੁਦਗੀ ਜੀਤ ਸਿੰਘ ਪੁੱਤਰ ਸ੍ਰੀ ਧਨੀ ਰਾਮ ਵ… [1335, 65, 1510, 551]
list-item: ਮੈਂ ਵਿਨੋਦ ਕੁਮਾਰ ਬੋਸਲ ਪੁੱਤਰ Yashpaul ਵਾਸੀ… [192, 1055, 372, 1104]
contact-phone: 78892-73045 [1345, 426, 1499, 443]
list-item: ਮੈਂ ਮਨੀਸ਼ ਕੁਮਾਰ ਅਰੋੜਾ ਪੁੱਤਰ ਤਿਲਕ ਰਾਜ ਅਰੋ… [192, 1107, 372, 1189]
